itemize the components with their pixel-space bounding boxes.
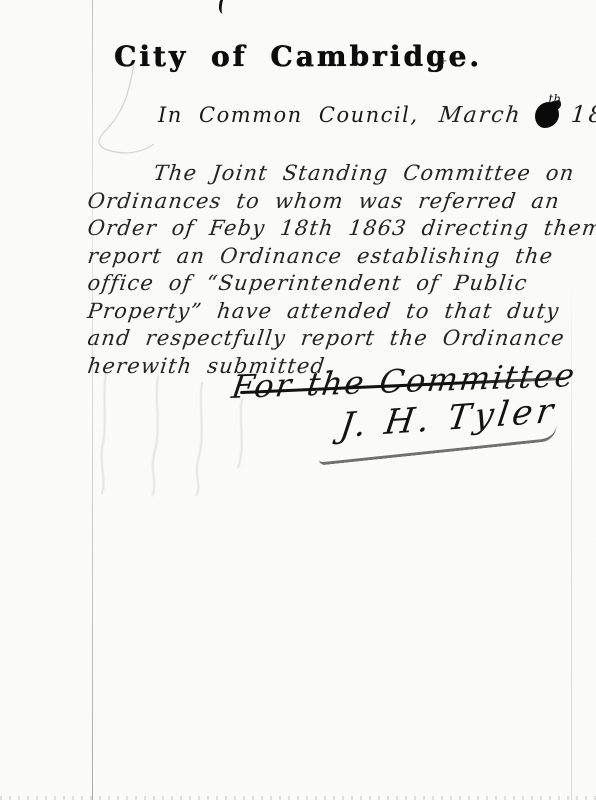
vertical-fold-line	[92, 0, 93, 800]
dateline-year-handwritten: 1863.	[570, 102, 596, 128]
body-line: The Joint Standing Committee on	[86, 160, 577, 188]
handwritten-body: The Joint Standing Committee on Ordinanc…	[86, 160, 574, 380]
day-superscript: th	[549, 92, 562, 106]
body-line: Property” have attended to that duty	[86, 298, 577, 326]
body-line: and respectfully report the Ordinance	[86, 325, 577, 353]
top-edge-ink-mark	[218, 0, 230, 15]
dateline-month-handwritten: March	[438, 103, 523, 128]
body-line: Order of Feby 18th 1863 directing them t…	[86, 215, 577, 243]
scanned-document-page: + City of Cambridge. In Common Council, …	[0, 0, 596, 800]
dateline-printed: In Common Council,	[158, 103, 419, 127]
body-line: office of “Superintendent of Public	[86, 270, 577, 298]
body-line: report an Ordinance establishing the	[86, 243, 577, 271]
document-title: City of Cambridge.	[0, 40, 596, 73]
dateline: In Common Council, March th 1863.	[158, 102, 596, 128]
bottom-edge-speckle	[0, 796, 596, 800]
body-line: Ordinances to whom was referred an	[86, 188, 577, 216]
ink-blot-day: th	[535, 102, 559, 128]
